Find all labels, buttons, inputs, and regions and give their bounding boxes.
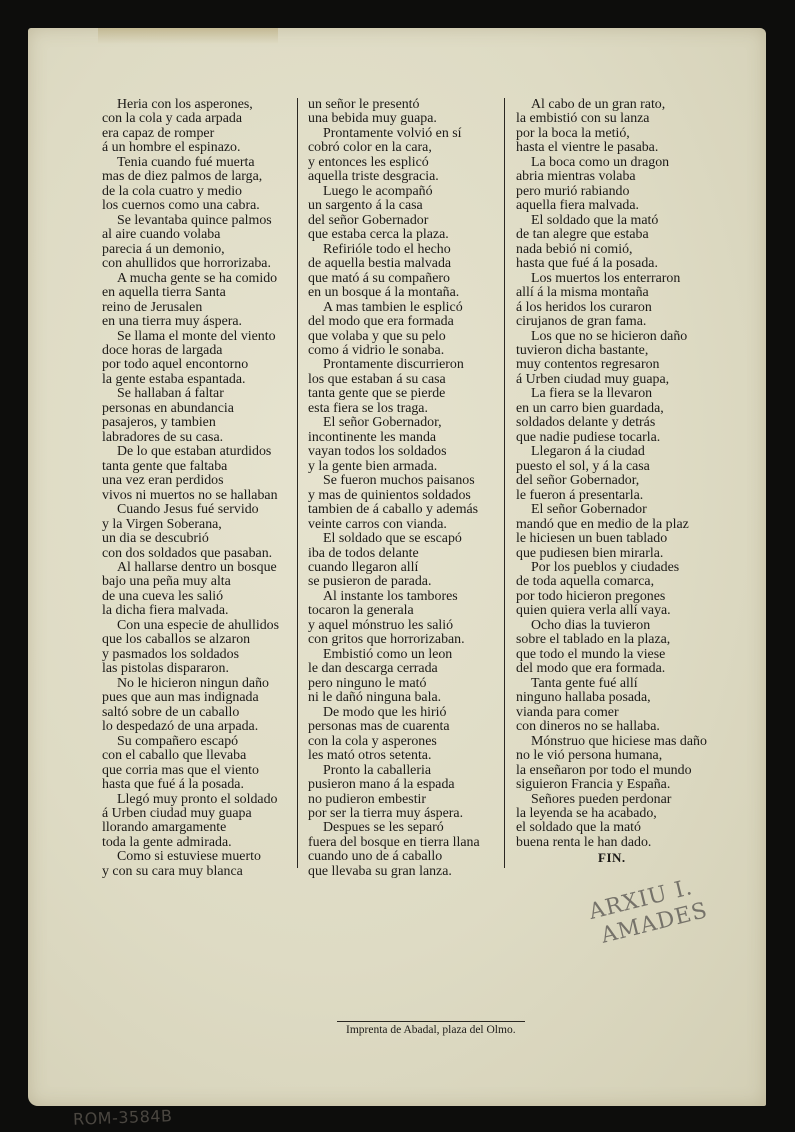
verse-line: cuando uno de á caballo: [308, 850, 508, 864]
verse-line: de tan alegre que estaba: [516, 228, 726, 242]
verse-line: nada bebió ni comió,: [516, 243, 726, 257]
verse-line: á Urben ciudad muy guapa: [102, 807, 302, 821]
verse-line: tocaron la generala: [308, 604, 508, 618]
verse-line: No le hicieron ningun daño: [102, 677, 302, 691]
verse-line: Despues se les separó: [308, 821, 508, 835]
verse-line: que llevaba su gran lanza.: [308, 865, 508, 879]
verse-line: labradores de su casa.: [102, 431, 302, 445]
verse-line: Pronto la caballeria: [308, 764, 508, 778]
verse-line: allí á la misma montaña: [516, 286, 726, 300]
verse-line: Embistió como un leon: [308, 648, 508, 662]
verse-line: personas en abundancia: [102, 402, 302, 416]
text-column-1: Heria con los asperones,con la cola y ca…: [102, 98, 302, 879]
verse-line: Se llama el monte del viento: [102, 330, 302, 344]
verse-line: era capaz de romper: [102, 127, 302, 141]
column-rule-2: [504, 98, 505, 868]
verse-line: una bebida muy guapa.: [308, 112, 508, 126]
verse-line: sobre el tablado en la plaza,: [516, 633, 726, 647]
verse-line: el soldado que la mató: [516, 821, 726, 835]
verse-line: como á vidrio le sonaba.: [308, 344, 508, 358]
verse-line: cobró color en la cara,: [308, 141, 508, 155]
verse-line: le hiciesen un buen tablado: [516, 532, 726, 546]
verse-line: Por los pueblos y ciudades: [516, 561, 726, 575]
verse-line: del señor Gobernador: [308, 214, 508, 228]
verse-line: Heria con los asperones,: [102, 98, 302, 112]
verse-line: lo despedazó de una arpada.: [102, 720, 302, 734]
verse-line: vivos ni muertos no se hallaban: [102, 489, 302, 503]
verse-line: Señores pueden perdonar: [516, 793, 726, 807]
verse-line: aquella triste desgracia.: [308, 170, 508, 184]
verse-line: les mató otros setenta.: [308, 749, 508, 763]
verse-line: saltó sobre de un caballo: [102, 706, 302, 720]
verse-line: en aquella tierra Santa: [102, 286, 302, 300]
verse-line: hasta que fué á la posada.: [102, 778, 302, 792]
verse-line: muy contentos regresaron: [516, 358, 726, 372]
verse-line: de la cola cuatro y medio: [102, 185, 302, 199]
verse-line: con gritos que horrorizaban.: [308, 633, 508, 647]
verse-line: ni le dañó ninguna bala.: [308, 691, 508, 705]
verse-line: El soldado que la mató: [516, 214, 726, 228]
verse-line: iba de todos delante: [308, 547, 508, 561]
verse-line: ninguno hallaba posada,: [516, 691, 726, 705]
verse-line: reino de Jerusalen: [102, 301, 302, 315]
verse-line: siguieron Francia y España.: [516, 778, 726, 792]
verse-line: soldados delante y detrás: [516, 416, 726, 430]
verse-line: tuvieron dicha bastante,: [516, 344, 726, 358]
verse-line: en un bosque á la montaña.: [308, 286, 508, 300]
verse-line: Al hallarse dentro un bosque: [102, 561, 302, 575]
verse-line: De lo que estaban aturdidos: [102, 445, 302, 459]
verse-line: en un carro bien guardada,: [516, 402, 726, 416]
verse-line: de aquella bestia malvada: [308, 257, 508, 271]
verse-line: por la boca la metió,: [516, 127, 726, 141]
printer-imprint: Imprenta de Abadal, plaza del Olmo.: [346, 1024, 516, 1036]
verse-line: con ahullidos que horrorizaba.: [102, 257, 302, 271]
verse-line: puesto el sol, y á la casa: [516, 460, 726, 474]
verse-line: pusieron mano á la espada: [308, 778, 508, 792]
verse-line: de toda aquella comarca,: [516, 575, 726, 589]
verse-line: bajo una peña muy alta: [102, 575, 302, 589]
verse-line: que todo el mundo la viese: [516, 648, 726, 662]
verse-line: quien quiera verla allí vaya.: [516, 604, 726, 618]
verse-line: por todo aquel encontorno: [102, 358, 302, 372]
verse-line: pero ninguno le mató: [308, 677, 508, 691]
verse-line: El soldado que se escapó: [308, 532, 508, 546]
verse-line: El señor Gobernador,: [308, 416, 508, 430]
verse-line: la embistió con su lanza: [516, 112, 726, 126]
verse-line: Tenia cuando fué muerta: [102, 156, 302, 170]
verse-line: A mas tambien le esplicó: [308, 301, 508, 315]
verse-line: vianda para comer: [516, 706, 726, 720]
verse-line: en una tierra muy áspera.: [102, 315, 302, 329]
verse-line: Mónstruo que hiciese mas daño: [516, 735, 726, 749]
verse-line: cirujanos de gran fama.: [516, 315, 726, 329]
verse-line: que mató á su compañero: [308, 272, 508, 286]
verse-line: pues que aun mas indignada: [102, 691, 302, 705]
verse-line: buena renta le han dado.: [516, 836, 726, 850]
verse-line: por todo hicieron pregones: [516, 590, 726, 604]
verse-line: Llegaron á la ciudad: [516, 445, 726, 459]
verse-line: Se fueron muchos paisanos: [308, 474, 508, 488]
verse-line: que corria mas que el viento: [102, 764, 302, 778]
verse-line: con la cola y cada arpada: [102, 112, 302, 126]
verse-line: que los caballos se alzaron: [102, 633, 302, 647]
verse-line: que estaba cerca la plaza.: [308, 228, 508, 242]
imprint-rule: [337, 1021, 525, 1022]
verse-line: por ser la tierra muy áspera.: [308, 807, 508, 821]
verse-line: vayan todos los soldados: [308, 445, 508, 459]
end-mark: FIN.: [598, 850, 626, 866]
verse-line: tanta gente que se pierde: [308, 387, 508, 401]
verse-line: doce horas de largada: [102, 344, 302, 358]
verse-line: Se levantaba quince palmos: [102, 214, 302, 228]
verse-line: A mucha gente se ha comido: [102, 272, 302, 286]
verse-line: pero murió rabiando: [516, 185, 726, 199]
verse-line: un dia se descubrió: [102, 532, 302, 546]
verse-line: El señor Gobernador: [516, 503, 726, 517]
verse-line: incontinente les manda: [308, 431, 508, 445]
verse-line: hasta que fué á la posada.: [516, 257, 726, 271]
verse-line: del modo que era formada: [308, 315, 508, 329]
verse-line: parecia á un demonio,: [102, 243, 302, 257]
verse-line: toda la gente admirada.: [102, 836, 302, 850]
verse-line: no pudieron embestir: [308, 793, 508, 807]
verse-line: que nadie pudiese tocarla.: [516, 431, 726, 445]
verse-line: Al instante los tambores: [308, 590, 508, 604]
verse-line: al aire cuando volaba: [102, 228, 302, 242]
verse-line: cuando llegaron allí: [308, 561, 508, 575]
verse-line: aquella fiera malvada.: [516, 199, 726, 213]
verse-line: Cuando Jesus fué servido: [102, 503, 302, 517]
verse-line: del señor Gobernador,: [516, 474, 726, 488]
verse-line: mandó que en medio de la plaz: [516, 518, 726, 532]
verse-line: le dan descarga cerrada: [308, 662, 508, 676]
verse-line: tanta gente que faltaba: [102, 460, 302, 474]
verse-line: una vez eran perdidos: [102, 474, 302, 488]
verse-line: de una cueva les salió: [102, 590, 302, 604]
verse-line: abria mientras volaba: [516, 170, 726, 184]
verse-line: Al cabo de un gran rato,: [516, 98, 726, 112]
verse-line: del modo que era formada.: [516, 662, 726, 676]
verse-line: pasajeros, y tambien: [102, 416, 302, 430]
verse-line: Los que no se hicieron daño: [516, 330, 726, 344]
verse-line: los cuernos como una cabra.: [102, 199, 302, 213]
verse-line: Refirióle todo el hecho: [308, 243, 508, 257]
verse-line: á un hombre el espinazo.: [102, 141, 302, 155]
verse-line: la gente estaba espantada.: [102, 373, 302, 387]
verse-line: Se hallaban á faltar: [102, 387, 302, 401]
verse-line: se pusieron de parada.: [308, 575, 508, 589]
verse-line: y pasmados los soldados: [102, 648, 302, 662]
verse-line: tambien de á caballo y además: [308, 503, 508, 517]
verse-line: á Urben ciudad muy guapa,: [516, 373, 726, 387]
catalog-number: ROM-3584B: [73, 1106, 173, 1128]
verse-line: la enseñaron por todo el mundo: [516, 764, 726, 778]
verse-line: Llegó muy pronto el soldado: [102, 793, 302, 807]
verse-line: que volaba y que su pelo: [308, 330, 508, 344]
verse-line: personas mas de cuarenta: [308, 720, 508, 734]
verse-line: no le vió persona humana,: [516, 749, 726, 763]
verse-line: La fiera se la llevaron: [516, 387, 726, 401]
text-column-3: Al cabo de un gran rato,la embistió con …: [516, 98, 726, 850]
verse-line: La boca como un dragon: [516, 156, 726, 170]
verse-line: un sargento á la casa: [308, 199, 508, 213]
verse-line: con la cola y asperones: [308, 735, 508, 749]
verse-line: le fueron á presentarla.: [516, 489, 726, 503]
verse-line: á los heridos los curaron: [516, 301, 726, 315]
verse-line: con dineros no se hallaba.: [516, 720, 726, 734]
verse-line: esta fiera se los traga.: [308, 402, 508, 416]
verse-line: y la gente bien armada.: [308, 460, 508, 474]
verse-line: y entonces les esplicó: [308, 156, 508, 170]
verse-line: Luego le acompañó: [308, 185, 508, 199]
column-rule-1: [297, 98, 298, 868]
verse-line: Con una especie de ahullidos: [102, 619, 302, 633]
verse-line: Tanta gente fué allí: [516, 677, 726, 691]
verse-line: y aquel mónstruo les salió: [308, 619, 508, 633]
archive-stamp: ARXIU I. AMADES: [586, 873, 710, 951]
verse-line: las pistolas dispararon.: [102, 662, 302, 676]
verse-line: la dicha fiera malvada.: [102, 604, 302, 618]
verse-line: veinte carros con vianda.: [308, 518, 508, 532]
verse-line: Como si estuviese muerto: [102, 850, 302, 864]
verse-line: fuera del bosque en tierra llana: [308, 836, 508, 850]
verse-line: llorando amargamente: [102, 821, 302, 835]
text-column-2: un señor le presentóuna bebida muy guapa…: [308, 98, 508, 879]
broadsheet-page: Heria con los asperones,con la cola y ca…: [28, 28, 766, 1106]
verse-line: y mas de quinientos soldados: [308, 489, 508, 503]
verse-line: Prontamente discurrieron: [308, 358, 508, 372]
verse-line: con el caballo que llevaba: [102, 749, 302, 763]
verse-line: hasta el vientre le pasaba.: [516, 141, 726, 155]
verse-line: la leyenda se ha acabado,: [516, 807, 726, 821]
verse-line: y la Virgen Soberana,: [102, 518, 302, 532]
verse-line: mas de diez palmos de larga,: [102, 170, 302, 184]
verse-line: un señor le presentó: [308, 98, 508, 112]
verse-line: Su compañero escapó: [102, 735, 302, 749]
verse-line: De modo que les hirió: [308, 706, 508, 720]
verse-line: los que estaban á su casa: [308, 373, 508, 387]
verse-line: Ocho dias la tuvieron: [516, 619, 726, 633]
verse-line: Los muertos los enterraron: [516, 272, 726, 286]
verse-line: Prontamente volvió en sí: [308, 127, 508, 141]
verse-line: y con su cara muy blanca: [102, 865, 302, 879]
verse-line: con dos soldados que pasaban.: [102, 547, 302, 561]
verse-line: que pudiesen bien mirarla.: [516, 547, 726, 561]
